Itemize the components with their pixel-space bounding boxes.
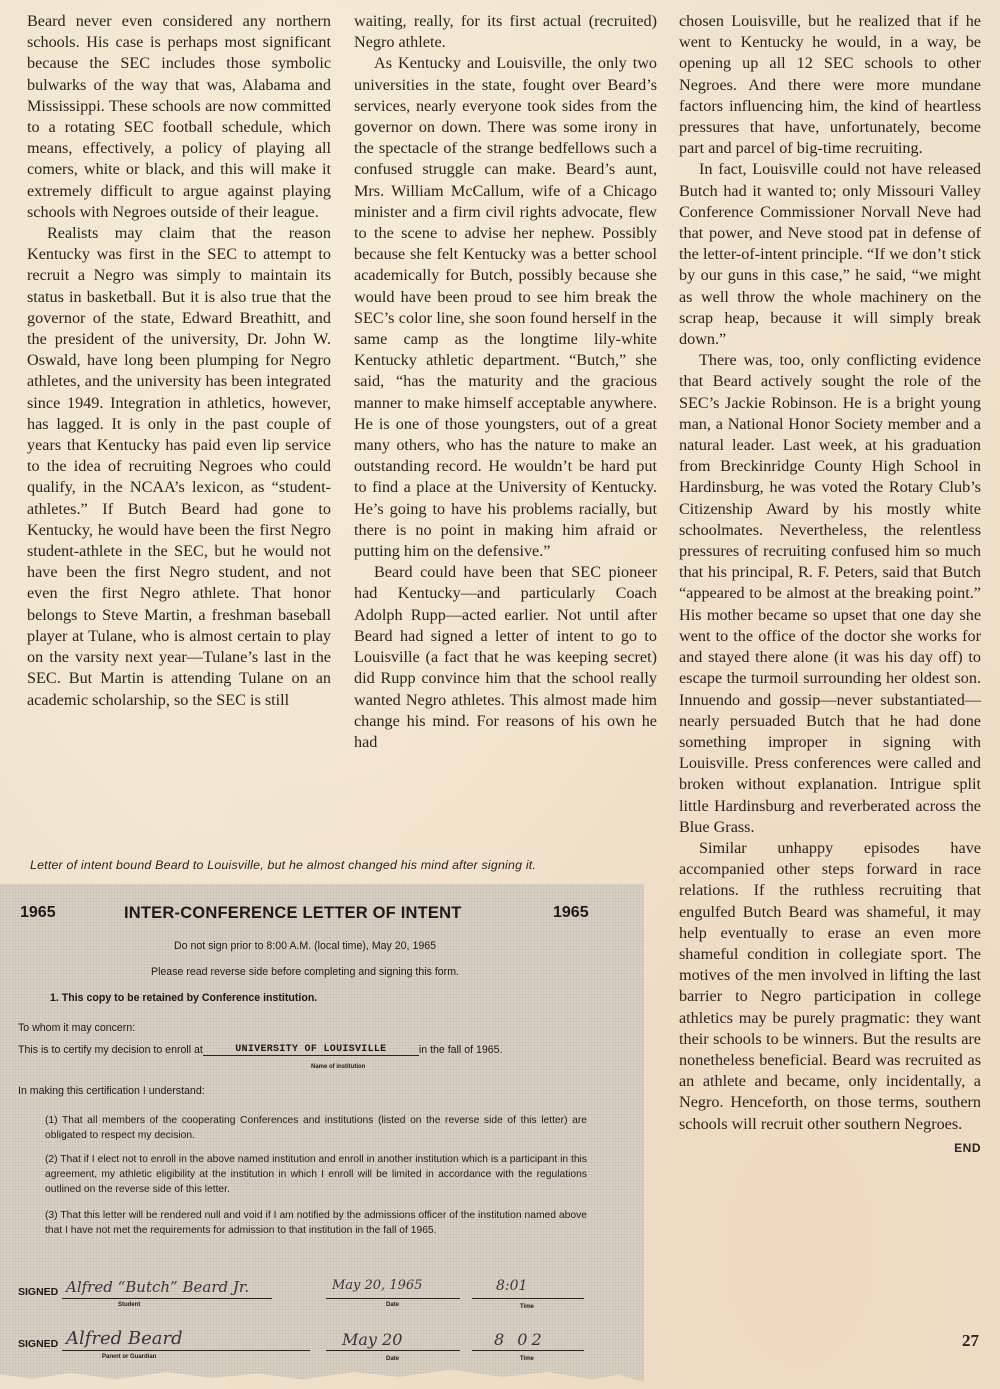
student-date: May 20, 1965 xyxy=(332,1278,422,1293)
parent-date-label: Date xyxy=(386,1356,399,1362)
photo-caption: Letter of intent bound Beard to Louisvil… xyxy=(30,858,650,872)
understand-intro: In making this certification I understan… xyxy=(18,1085,205,1097)
parent-date: May 20 xyxy=(342,1330,402,1349)
parent-label: Parent or Guardian xyxy=(102,1354,156,1360)
parent-time: 8 02 xyxy=(494,1330,546,1349)
parent-time-label: Time xyxy=(520,1356,534,1362)
certify-prefix: This is to certify my decision to enroll… xyxy=(18,1044,203,1056)
end-mark: END xyxy=(934,1138,981,1159)
letter-year-left: 1965 xyxy=(20,904,56,922)
article-column-1: Beard never even considered any northern… xyxy=(27,11,331,711)
student-time: 8:01 xyxy=(496,1278,527,1294)
copy-note: 1. This copy to be retained by Conferenc… xyxy=(50,992,317,1004)
paragraph-text: Similar unhappy episodes have accompanie… xyxy=(679,839,981,1133)
letter-of-intent-document: 1965 INTER-CONFERENCE LETTER OF INTENT 1… xyxy=(0,884,644,1382)
student-time-line xyxy=(472,1280,584,1299)
signed-label-student: SIGNED xyxy=(18,1286,58,1298)
paragraph: waiting, really, for its first actual (r… xyxy=(354,11,657,53)
article-column-2: waiting, really, for its first actual (r… xyxy=(354,11,657,753)
paragraph: There was, too, only conflicting evidenc… xyxy=(679,350,981,838)
paragraph: In fact, Louisville could not have relea… xyxy=(679,159,981,350)
article-column-3: chosen Louisville, but he realized that … xyxy=(679,11,981,1159)
institution-field: UNIVERSITY OF LOUISVILLE xyxy=(203,1044,419,1056)
salutation: To whom it may concern: xyxy=(18,1022,135,1034)
sign-time-notice: Do not sign prior to 8:00 A.M. (local ti… xyxy=(0,940,610,952)
paragraph: chosen Louisville, but he realized that … xyxy=(679,11,981,159)
certify-suffix: in the fall of 1965. xyxy=(419,1044,503,1056)
page-number: 27 xyxy=(962,1331,979,1351)
student-signature: Alfred “Butch” Beard Jr. xyxy=(66,1278,249,1296)
paragraph: Beard could have been that SEC pioneer h… xyxy=(354,562,657,753)
paragraph: Realists may claim that the reason Kentu… xyxy=(27,223,331,711)
student-label: Student xyxy=(118,1302,140,1308)
certify-line: This is to certify my decision to enroll… xyxy=(18,1044,503,1056)
institution-label: Name of institution xyxy=(311,1064,365,1070)
letter-title: INTER-CONFERENCE LETTER OF INTENT xyxy=(124,904,462,923)
paragraph: As Kentucky and Louisville, the only two… xyxy=(354,53,657,562)
clause-1: (1) That all members of the cooperating … xyxy=(45,1113,587,1143)
signed-label-parent: SIGNED xyxy=(18,1338,58,1350)
student-time-label: Time xyxy=(520,1304,534,1310)
clause-3: (3) That this letter will be rendered nu… xyxy=(45,1208,587,1238)
parent-signature: Alfred Beard xyxy=(66,1328,183,1349)
paragraph: Beard never even considered any northern… xyxy=(27,11,331,223)
paragraph-final: Similar unhappy episodes have accompanie… xyxy=(679,838,981,1135)
read-reverse-notice: Please read reverse side before completi… xyxy=(0,966,610,978)
student-date-label: Date xyxy=(386,1302,399,1308)
letter-year-right: 1965 xyxy=(553,904,589,922)
clause-2: (2) That if I elect not to enroll in the… xyxy=(45,1152,587,1197)
